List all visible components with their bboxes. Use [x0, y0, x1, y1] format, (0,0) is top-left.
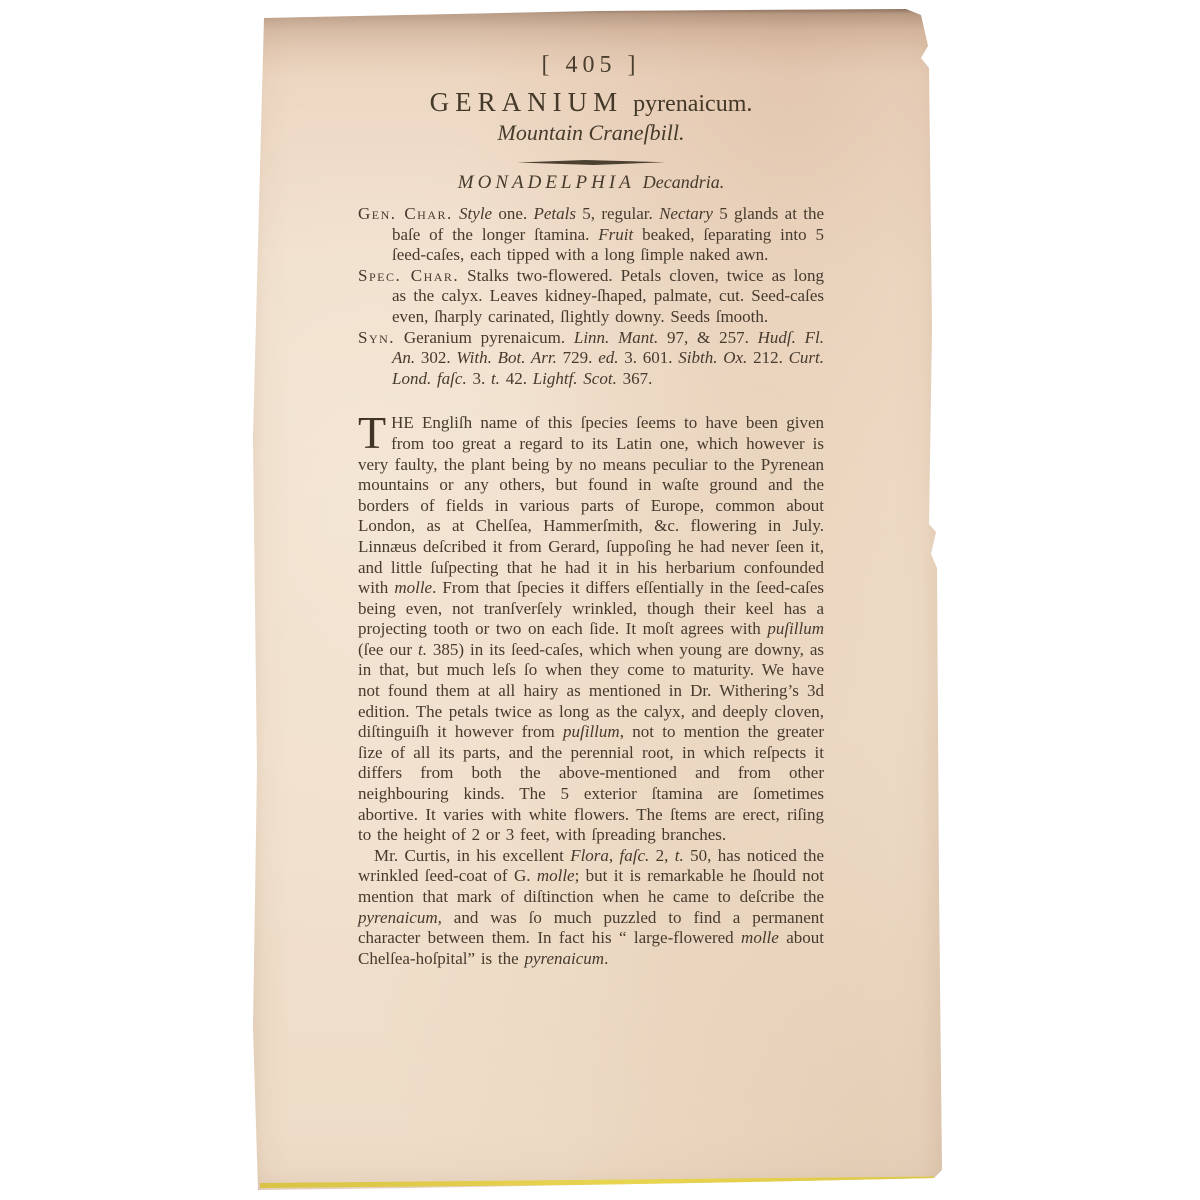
page-number: [ 405 ] [358, 52, 824, 79]
genus-name: GERANIUM [430, 87, 624, 117]
gilt-bottom-edge [260, 1177, 934, 1188]
class-name: MONADELPHIA [458, 172, 635, 193]
body-text: THE Engliſh name of this ſpecies ſeems t… [358, 413, 824, 969]
order-name: Decandria. [643, 172, 724, 192]
drop-cap: T [358, 413, 391, 451]
paragraph-1-text: HE Engliſh name of this ſpecies ſeems to… [358, 413, 824, 844]
classification-line: MONADELPHIADecandria. [358, 172, 824, 194]
character-entries: Gen. Char. Style one. Petals 5, regular.… [358, 204, 824, 389]
spec-char-entry: Spec. Char. Stalks two-flowered. Petals … [358, 266, 824, 328]
species-name: pyrenaicum. [633, 91, 752, 117]
body-paragraph-1: THE Engliſh name of this ſpecies ſeems t… [358, 413, 824, 845]
page-sheet: [ 405 ] GERANIUMpyrenaicum. Mountain Cra… [248, 8, 942, 1192]
gen-char-entry: Gen. Char. Style one. Petals 5, regular.… [358, 204, 824, 266]
body-paragraph-2: Mr. Curtis, in his excellent Flora, faſc… [358, 846, 824, 970]
scanned-page-photo: [ 405 ] GERANIUMpyrenaicum. Mountain Cra… [0, 0, 1200, 1200]
common-name: Mountain Craneſbill. [358, 120, 824, 146]
page-content: [ 405 ] GERANIUMpyrenaicum. Mountain Cra… [358, 8, 824, 969]
syn-entry: Syn. Geranium pyrenaicum. Linn. Mant. 97… [358, 328, 824, 390]
divider-rule [517, 160, 665, 165]
page-title: GERANIUMpyrenaicum. [358, 87, 824, 118]
